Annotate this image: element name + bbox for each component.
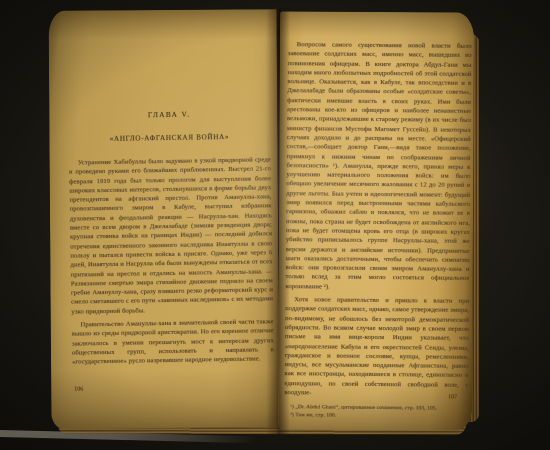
chapter-title: «АНГЛО-АФГАНСКАЯ ВОЙНА»	[68, 132, 270, 143]
right-page: Вопросом самого существования новой влас…	[278, 11, 474, 430]
page-number-right: 107	[448, 394, 457, 400]
chapter-heading: ГЛАВА V.	[68, 108, 270, 120]
book-photo: ГЛАВА V. «АНГЛО-АФГАНСКАЯ ВОЙНА» Устране…	[0, 0, 550, 450]
left-page-text: ГЛАВА V. «АНГЛО-АФГАНСКАЯ ВОЙНА» Устране…	[68, 108, 274, 371]
left-paragraph-1: Устранение Хабибуллы было задумано в узк…	[69, 155, 274, 316]
page-number-left: 106	[74, 387, 83, 393]
footnotes: ¹) „Dr. Abdul Ghani“, цитированное сочин…	[284, 404, 468, 421]
open-book: ГЛАВА V. «АНГЛО-АФГАНСКАЯ ВОЙНА» Устране…	[0, 0, 550, 450]
left-page: ГЛАВА V. «АНГЛО-АФГАНСКАЯ ВОЙНА» Устране…	[49, 9, 280, 429]
left-paragraph-2: Правительство Амануллы-хана в значительн…	[71, 317, 274, 367]
right-paragraph-2: Хотя новое правительство и пришло к влас…	[284, 295, 469, 399]
right-page-text: Вопросом самого существования новой влас…	[284, 40, 472, 421]
right-paragraph-1: Вопросом самого существования новой влас…	[285, 40, 471, 293]
footnote-2: ²) Там же, стр. 100.	[290, 412, 468, 421]
